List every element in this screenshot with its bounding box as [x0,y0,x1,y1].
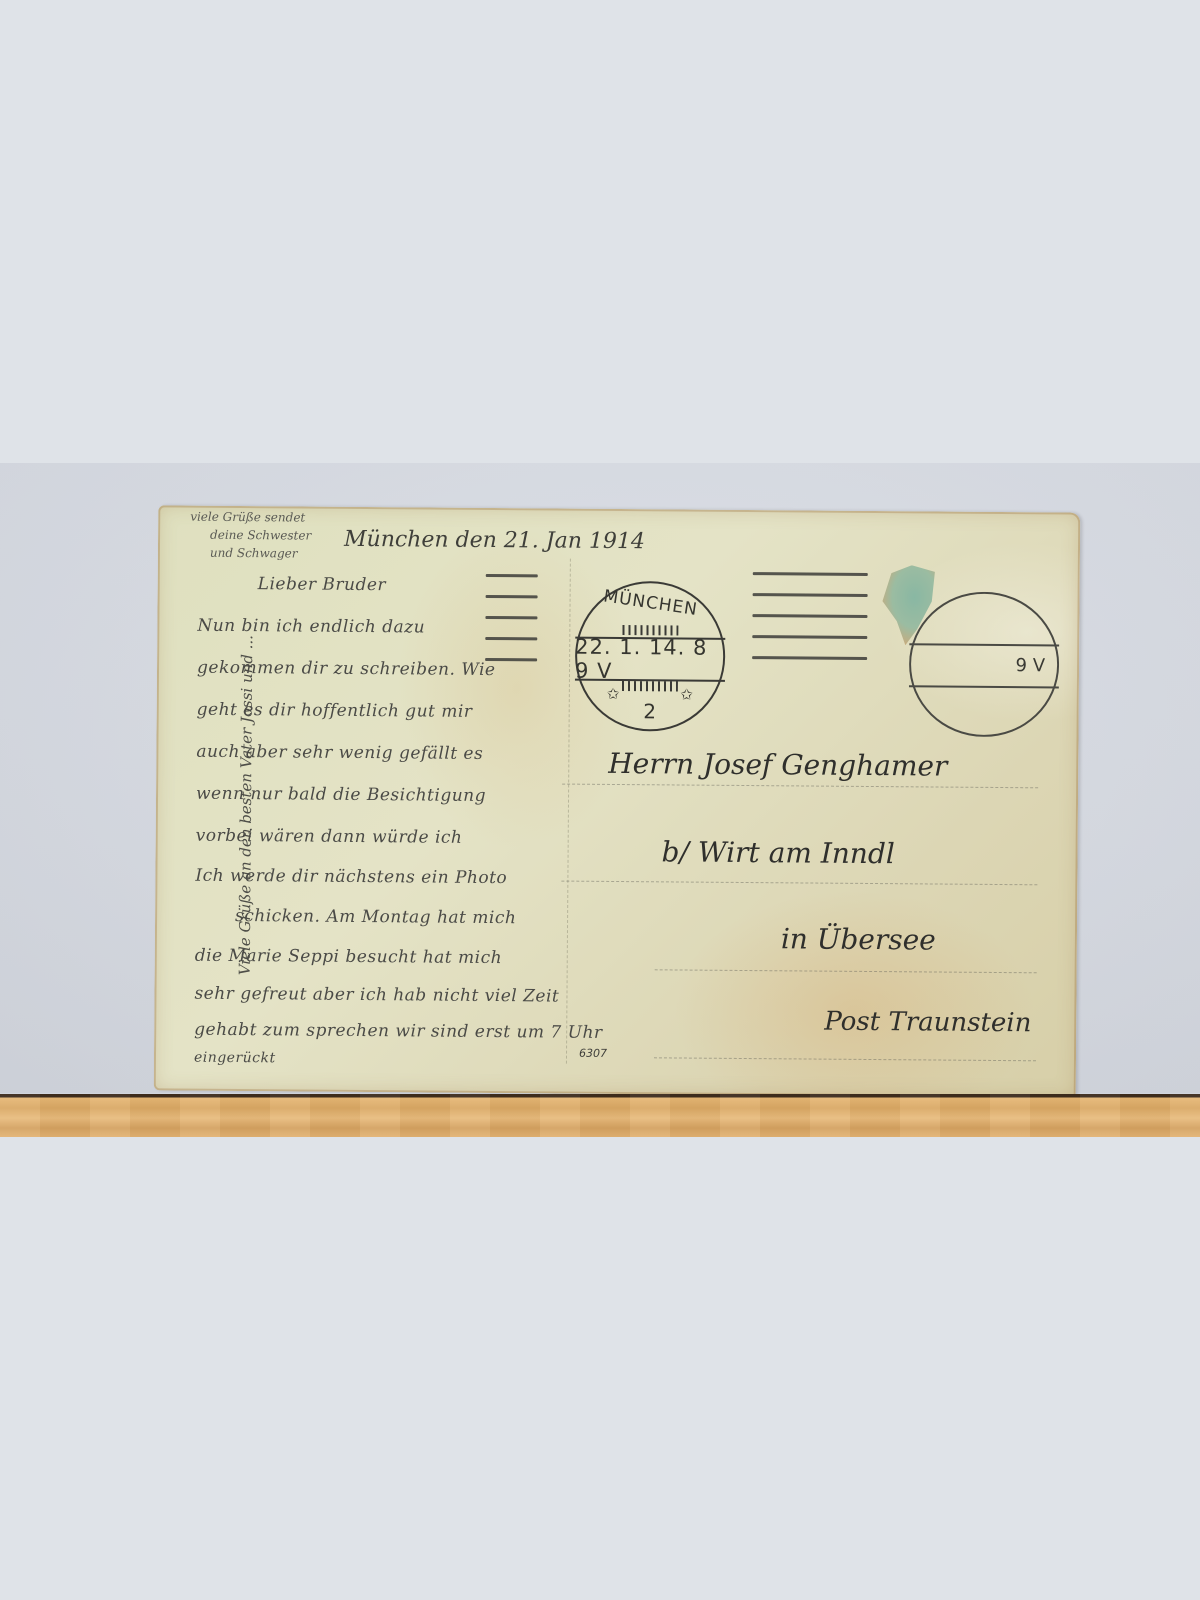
wooden-shelf [0,1094,1200,1137]
address-line-rule [654,1057,1036,1061]
message-line: eingerückt [194,1050,276,1067]
message-line: Nun bin ich endlich dazu [197,616,425,638]
cancellation-bars-right [752,572,868,678]
message-line: auch aber sehr wenig gefällt es [196,742,483,764]
postmark-partial: 9 V [909,591,1060,737]
postmark-comb-bottom [622,681,678,691]
postmark-munchen: MÜNCHEN 22. 1. 14. 8 9 V ✩ ✩ 2 [575,581,726,732]
address-line-2: b/ Wirt am Inndl [661,835,894,870]
message-line: vorbei wären dann würde ich [196,826,463,848]
postmark-date: 22. 1. 14. 8 9 V [575,637,725,682]
date-line: München den 21. Jan 1914 [344,527,645,554]
message-line: geht es dir hoffentlich gut mir [197,700,473,722]
print-number: 6307 [579,1047,607,1060]
message-line: sehr gefreut aber ich hab nicht viel Zei… [194,984,559,1007]
margin-note-top-line: viele Grüße sendet [190,510,305,525]
cancellation-bars-left [485,574,538,679]
postmark-comb-top [622,625,678,635]
address-recipient: Herrn Josef Genghamer [608,747,947,783]
photo-scene: München den 21. Jan 1914 viele Grüße sen… [0,463,1200,1137]
message-line: wenn nur bald die Besichtigung [196,784,486,806]
postmark-partial-text: 9 V [909,643,1059,688]
postcard-divider-line [566,559,571,1064]
message-line: Lieber Bruder [258,574,387,595]
message-line: gehabt zum sprechen wir sind erst um 7 U… [194,1020,603,1043]
address-line-rule [562,784,1038,789]
message-line: die Marie Seppi besucht hat mich [195,946,502,968]
message-line: gekommen dir zu schreiben. Wie [197,658,496,680]
address-post-office: Post Traunstein [824,1007,1031,1039]
message-line: Ich werde dir nächstens ein Photo [195,866,507,888]
message-line: schicken. Am Montag hat mich [235,906,516,928]
margin-note-top-line: deine Schwester [210,528,311,543]
postmark-office-number: 2 [577,699,723,724]
postcard: München den 21. Jan 1914 viele Grüße sen… [154,505,1081,1097]
address-line-rule [655,969,1037,973]
postmark-city: MÜNCHEN [577,583,724,624]
address-line-rule [561,881,1037,886]
address-town: in Übersee [781,922,936,956]
